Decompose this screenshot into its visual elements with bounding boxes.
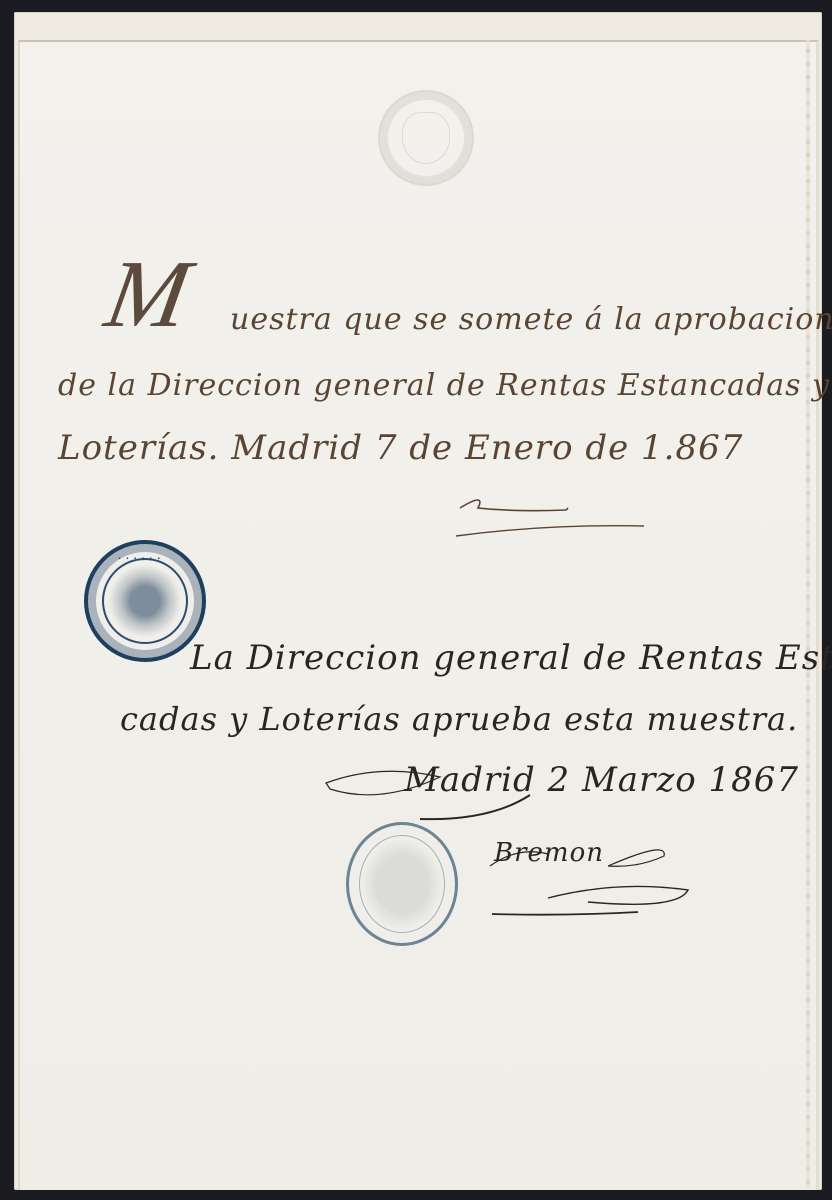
- deckled-edge: [806, 40, 810, 1188]
- rubric-flourish-icon: [456, 490, 656, 540]
- blue-ink-seal-icon: · · · · · ·: [84, 540, 206, 662]
- approval-line-1: La Direccion general de Rentas Estan-: [190, 638, 832, 678]
- approval-line-2: cadas y Loterías aprueba esta muestra.: [120, 700, 798, 738]
- header-line-2: de la Direccion general de Rentas Estanc…: [58, 368, 830, 403]
- signature-flourish-icon: [488, 840, 698, 920]
- header-line-3-date: Loterías. Madrid 7 de Enero de 1.867: [58, 428, 743, 468]
- coat-of-arms-shape: [402, 112, 450, 164]
- grey-ink-seal-icon: [346, 822, 458, 946]
- header-line-1: uestra que se somete á la aprobacion: [230, 302, 832, 337]
- embossed-seal-icon: [378, 90, 474, 186]
- date-flourish-icon: [320, 755, 520, 835]
- seal-text: · · · · · ·: [118, 554, 161, 563]
